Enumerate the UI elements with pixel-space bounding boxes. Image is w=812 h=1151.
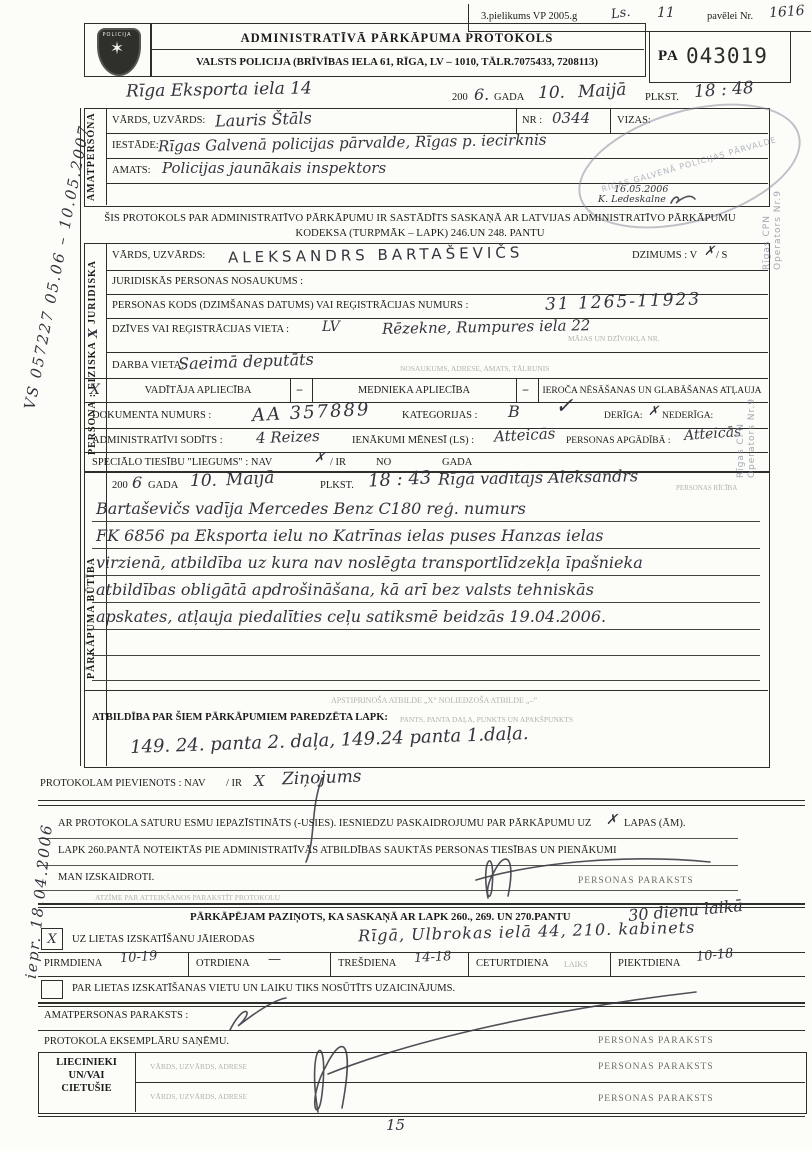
amatpersona-nr-label: NR :	[522, 115, 542, 126]
liegums-ir-label: / IR	[330, 457, 346, 468]
butiba-time-hw: 18 : 43	[367, 467, 431, 491]
personas-paraksts-label-3: PERSONAS PARAKSTS	[598, 1094, 714, 1104]
dzives-faint-label: MĀJAS UN DZĪVOKĻA NR.	[568, 334, 660, 343]
rule	[610, 952, 611, 976]
rule	[38, 805, 805, 806]
dzives-lv-hw: LV	[322, 319, 340, 335]
rule	[330, 952, 331, 976]
ienakumi-label: IENĀKUMI MĒNESĪ (LS) :	[352, 435, 474, 446]
left-margin-date-hw: iepr. 18.04.2006	[19, 796, 59, 1007]
vaditaja-checkbox-mark: X	[90, 382, 100, 398]
annex-text-2: pavēlei Nr.	[707, 11, 753, 22]
vertical-stamp-2-line-2: Operators Nr.9	[747, 398, 757, 478]
butiba-day-hw: 10.	[190, 471, 217, 491]
ienakumi-hw: Atteicās	[494, 424, 556, 445]
liegums-label: SPECIĀLO TIESĪBU "LIEGUMS" : NAV	[92, 457, 272, 468]
form-subtitle: VALSTS POLICIJA (BRĪVĪBAS IELA 61, RĪGA,…	[150, 56, 644, 68]
weekday-otrdiena-hw: —	[268, 952, 281, 967]
amatpersona-vards-label: VĀRDS, UZVĀRDS:	[112, 115, 205, 126]
uzaicinajums-checkbox	[41, 980, 63, 999]
butiba-intro-hw: Rīgā vadītājs Aleksandrs	[438, 466, 638, 488]
rule	[92, 655, 760, 656]
liecinieki-label-2: UN/VAI	[38, 1070, 135, 1081]
protocol-series: PA	[658, 48, 679, 65]
time-hw: 18 : 48	[693, 78, 754, 102]
gada-label: GADA	[494, 92, 524, 103]
amatpersona-amats-hw: Policijas jaunākais inspektors	[162, 159, 386, 177]
nederiga-label: NEDERĪGA:	[662, 411, 713, 421]
iepazistinats-line-1: AR PROTOKOLA SATURU ESMU IEPAZĪSTINĀTS (…	[58, 818, 591, 829]
liecinieki-label-1: LIECINIEKI	[38, 1057, 135, 1068]
liegums-no-label: NO	[376, 457, 391, 468]
annex-year-suffix-hw: Ls.	[610, 5, 631, 23]
annex-text: 3.pielikums VP 2005.g	[481, 11, 577, 22]
rule	[84, 690, 768, 691]
rule	[290, 378, 291, 402]
weekday-ceturtdiena-faint: LAIKS	[564, 960, 588, 969]
dzimums-label: DZIMUMS : V	[632, 250, 697, 261]
rule	[92, 575, 760, 576]
liegums-gada-label: GADA	[442, 457, 472, 468]
persona-side-mark-hw: X	[86, 327, 100, 337]
rule	[92, 602, 760, 603]
vertical-stamp-2-line-1: Rīgas CPN	[736, 398, 746, 478]
rule	[135, 1082, 805, 1083]
protocol-number: 043019	[686, 44, 768, 68]
iepazistinats-line-1b: LAPAS (ĀM).	[624, 818, 685, 829]
annex-number-hw: 11	[657, 5, 675, 21]
administrativi-sodits-label: ADMINISTRATĪVI SODĪTS :	[92, 435, 223, 446]
lapas-mark-hw: ✗	[606, 812, 618, 828]
darba-label: DARBA VIETA:	[112, 360, 184, 371]
rule	[92, 521, 760, 522]
weekday-otrdiena-label: OTRDIENA	[196, 958, 250, 969]
rule	[84, 378, 768, 379]
day-hw: 10.	[538, 83, 565, 103]
rule	[80, 108, 81, 766]
liegums-mark-hw: ✗	[314, 451, 325, 466]
rule	[92, 629, 760, 630]
dokumenta-numurs-label: DOKUMENTA NUMURS :	[92, 410, 211, 421]
pievienots-ir-label: / IR	[226, 778, 242, 789]
oval-stamp-text: RĪGAS GALVENĀ POLICIJAS PĀRVALDE	[589, 132, 789, 197]
page-number-hw: 15	[386, 1116, 405, 1134]
butiba-gada-label: GADA	[148, 480, 178, 491]
jaierodas-label: UZ LIETAS IZSKATĪŠANU JĀIERODAS	[72, 934, 255, 945]
vaditaja-checkbox: X	[85, 380, 105, 400]
rule	[84, 402, 768, 403]
vertical-stamp-1: Rīgas CPN Operators Nr.9	[762, 190, 783, 270]
vaditaja-aplieciba-label: VADĪTĀJA APLIECĪBA	[106, 385, 290, 396]
butiba-year-printed: 200	[112, 480, 128, 491]
deriga-mark-hw: ✗	[648, 404, 659, 419]
jaierodas-checkbox-mark: X	[47, 932, 56, 947]
form-title: ADMINISTRATĪVĀ PĀRKĀPUMA PROTOKOLS	[150, 31, 644, 46]
place-hw: Rīga Eksporta iela 14	[126, 78, 312, 101]
dzives-hw: Rēzekne, Rumpures iela 22	[382, 316, 591, 338]
rule	[106, 108, 107, 205]
weekday-pirmdiena-label: PIRMDIENA	[44, 958, 102, 969]
liecinieki-row2-faint: VĀRDS, UZVĀRDS, ADRESE	[150, 1092, 247, 1101]
amatpersonas-paraksts-label: AMATPERSONAS PARAKSTS :	[44, 1010, 188, 1021]
weekday-piektdiena-hw: 10-18	[695, 946, 734, 965]
personas-paraksts-label-2: PERSONAS PARAKSTS	[598, 1062, 714, 1072]
amatpersona-vards-hw: Lauris Štāls	[215, 108, 312, 130]
statement-line-2: KODEKSA (TURPMĀK – LAPK) 246.UN 248. PAN…	[88, 227, 752, 239]
persona-vards-label: VĀRDS, UZVĀRDS:	[112, 250, 205, 261]
liecinieki-row1-faint: VĀRDS, UZVĀRDS, ADRESE	[150, 1062, 247, 1071]
pazinots-title: PĀRKĀPĒJAM PAZIŅOTS, KA SASKAŅĀ AR LAPK …	[190, 911, 571, 923]
juridiskas-label: JURIDISKĀS PERSONAS NOSAUKUMS :	[112, 276, 303, 287]
kods-label: PERSONAS KODS (DZIMŠANAS DATUMS) VAI REĢ…	[112, 300, 468, 311]
butiba-date-faint: PERSONAS RĪCĪBA	[676, 484, 737, 492]
vertical-stamp-1-line-2: Operators Nr.9	[773, 190, 783, 270]
butiba-plkst-label: PLKST.	[320, 480, 354, 491]
dzimums-mark-hw: ✗	[704, 244, 715, 259]
liecinieki-label-3: CIETUŠIE	[38, 1083, 135, 1094]
butiba-hw-line-4: atbildības obligātā apdrošināšana, kā ar…	[96, 580, 594, 599]
rule	[38, 800, 805, 801]
rule	[516, 108, 517, 133]
rule	[38, 976, 805, 977]
plkst-label: PLKST.	[645, 92, 679, 103]
butiba-hw-line-1: Bartaševičs vadīja Mercedes Benz C180 re…	[96, 499, 526, 518]
signature-mark	[222, 992, 292, 1034]
dzives-label: DZĪVES VAI REĢISTRĀCIJAS VIETA :	[112, 324, 289, 335]
butiba-year-hw: 6	[132, 473, 142, 492]
atbildiba-label: ATBILDĪBA PAR ŠIEM PĀRKĀPUMIEM PAREDZĒTA…	[92, 712, 388, 723]
pievienots-mark-hw: X	[254, 772, 265, 790]
butiba-hw-line-3: virzienā, atbildība uz kura nav noslēgta…	[96, 553, 643, 572]
year-hw: 6.	[474, 85, 489, 104]
administrativi-sodits-hw: 4 Reizes	[256, 427, 320, 447]
rule	[92, 548, 760, 549]
rule	[38, 1116, 805, 1117]
statement-line-1: ŠIS PROTOKOLS PAR ADMINISTRATĪVO PĀRKĀPU…	[88, 212, 752, 224]
police-badge-star-icon: ✶	[99, 39, 135, 59]
amatpersona-iestade-label: IESTĀDE:	[112, 140, 159, 151]
kategorijas-hw: B	[508, 402, 520, 421]
annex-order-number-hw: 1616	[768, 3, 805, 21]
kategorijas-check-hw: ✓	[555, 394, 573, 419]
vertical-stamp-2: Rīgas CPN Operators Nr.9	[736, 398, 757, 478]
pievienots-label: PROTOKOLAM PIEVIENOTS : NAV	[40, 778, 206, 789]
rule	[92, 680, 760, 681]
rule	[516, 378, 517, 402]
kategorijas-label: KATEGORIJAS :	[402, 410, 478, 421]
apgadiba-label: PERSONAS APGĀDĪBĀ :	[566, 436, 671, 446]
butiba-month-hw: Maijā	[226, 468, 275, 491]
protocol-form-page: 3.pielikums VP 2005.g Ls. 11 pavēlei Nr.…	[0, 0, 812, 1151]
ieroca-dash-hw: –	[522, 382, 529, 398]
deriga-label: DERĪGA:	[604, 411, 643, 421]
vertical-stamp-1-line-1: Rīgas CPN	[762, 190, 772, 270]
year-printed: 200	[452, 92, 468, 103]
rule	[610, 108, 611, 133]
atbilde-faint-line: APSTIPRINOŠA ATBILDE „X” NOLIEDZOŠA ATBI…	[106, 696, 762, 705]
atbildiba-faint: PANTS, PANTA DAĻA, PUNKTS UN APAKŠPUNKTS	[400, 715, 573, 724]
rule	[150, 49, 644, 50]
iepazistinats-line-3: MAN IZSKAIDROTI.	[58, 872, 154, 883]
atteiksanos-faint: ATZĪME PAR ATTEIKŠANOS PARAKSTĪT PROTOKO…	[95, 893, 280, 902]
month-hw: Maijā	[578, 80, 627, 103]
signature-mark	[468, 834, 718, 904]
weekday-tresdiena-hw: 14-18	[414, 949, 452, 966]
eksemplaru-label: PROTOKOLA EKSEMPLĀRU SAŅĒMU.	[44, 1036, 229, 1047]
rule	[84, 452, 768, 453]
rule	[106, 270, 768, 271]
darba-faint-label: NOSAUKUMS, ADRESE, AMATS, TĀLRUNIS	[400, 364, 549, 373]
mednieka-dash-hw: –	[296, 382, 303, 398]
amatpersona-amats-label: AMATS:	[112, 165, 151, 176]
butiba-hw-line-5: apskates, atļauja piedalīties ceļu satik…	[96, 607, 606, 626]
police-badge-text: POLICIJA	[99, 32, 135, 38]
rule	[468, 952, 469, 976]
mednieka-aplieciba-label: MEDNIEKA APLIECĪBA	[312, 385, 516, 396]
butiba-hw-line-2: FK 6856 pa Eksporta ielu no Katrīnas iel…	[96, 526, 604, 545]
weekday-pirmdiena-hw: 10-19	[120, 949, 158, 967]
rule	[84, 428, 768, 429]
amatpersona-nr-hw: 0344	[552, 109, 590, 127]
weekday-piektdiena-label: PIEKTDIENA	[618, 958, 680, 969]
weekday-ceturtdiena-label: CETURTDIENA	[476, 958, 549, 969]
dzimums-suffix: / S	[716, 250, 727, 261]
weekday-tresdiena-label: TREŠDIENA	[338, 958, 396, 969]
persona-side-suffix: JURIDISKA	[87, 260, 98, 324]
rule	[188, 952, 189, 976]
